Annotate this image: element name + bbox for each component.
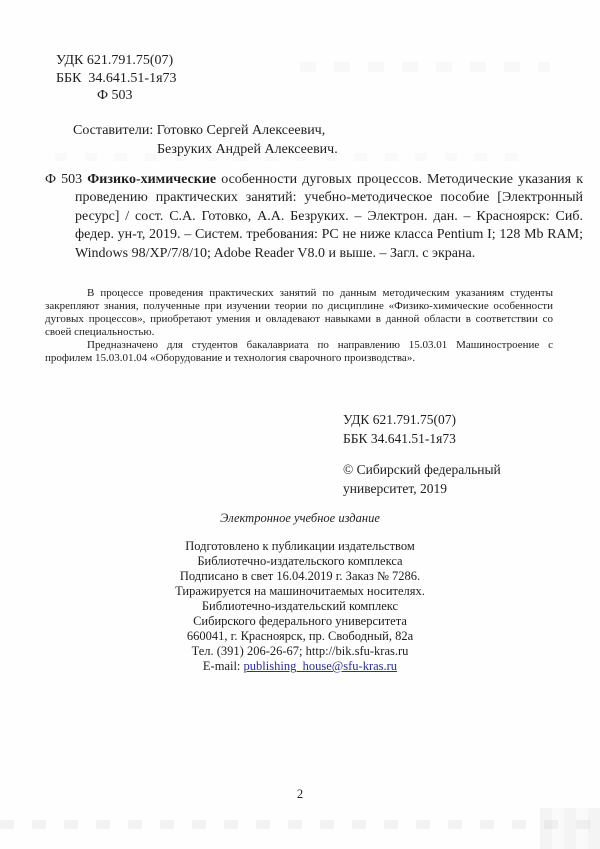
- compilers-line-2: Безруких Андрей Алексеевич.: [157, 141, 338, 160]
- copyright-notice: © Сибирский федеральный университет, 201…: [343, 461, 501, 498]
- author-sign-code: Ф 503: [97, 87, 177, 105]
- email-link[interactable]: publishing_house@sfu-kras.ru: [244, 659, 398, 673]
- copyright-line-2: университет, 2019: [343, 480, 501, 499]
- bbk-code: ББК 34.641.51-1я73: [56, 70, 177, 88]
- email-label: E-mail:: [203, 659, 244, 673]
- imprint-line: Библиотечно-издательский комплекс: [0, 599, 600, 614]
- abstract-block: В процессе проведения практических занят…: [45, 287, 553, 364]
- udc-code-right: УДК 621.791.75(07): [343, 411, 456, 430]
- page-number: 2: [0, 787, 600, 802]
- copyright-line-1: © Сибирский федеральный: [343, 461, 501, 480]
- imprint-line: Подготовлено к публикации издательством: [0, 539, 600, 554]
- imprint-email-line: E-mail: publishing_house@sfu-kras.ru: [0, 659, 600, 674]
- catalog-annotation: Ф 503 Физико-химические особенности дуго…: [45, 171, 583, 263]
- imprint-line: Тел. (391) 206-26-67; http://bik.sfu-kra…: [0, 644, 600, 659]
- annotation-label: Ф 503: [45, 172, 87, 187]
- bibliographic-codes-top: УДК 621.791.75(07) ББК 34.641.51-1я73 Ф …: [56, 52, 177, 105]
- abstract-paragraph-2: Предназначено для студентов бакалавриата…: [45, 339, 553, 365]
- imprint-block: Подготовлено к публикации издательством …: [0, 539, 600, 674]
- document-page: УДК 621.791.75(07) ББК 34.641.51-1я73 Ф …: [0, 0, 600, 849]
- scan-noise: [0, 820, 600, 829]
- compilers-block: Составители: Готовко Сергей Алексеевич, …: [73, 122, 338, 159]
- abstract-paragraph-1: В процессе проведения практических занят…: [45, 287, 553, 339]
- scan-noise: [300, 62, 550, 72]
- annotation-title-bold: Физико-химические: [87, 172, 216, 187]
- edition-type-label: Электронное учебное издание: [0, 511, 600, 526]
- udc-code: УДК 621.791.75(07): [56, 52, 177, 70]
- bibliographic-codes-right: УДК 621.791.75(07) ББК 34.641.51-1я73: [343, 411, 456, 448]
- compilers-line-1: Составители: Готовко Сергей Алексеевич,: [73, 122, 338, 141]
- bbk-code-right: ББК 34.641.51-1я73: [343, 430, 456, 449]
- imprint-line: Подписано в свет 16.04.2019 г. Заказ № 7…: [0, 569, 600, 584]
- imprint-line: Тиражируется на машиночитаемых носителях…: [0, 584, 600, 599]
- imprint-line: Сибирского федерального университета: [0, 614, 600, 629]
- imprint-line: Библиотечно-издательского комплекса: [0, 554, 600, 569]
- scan-noise: [540, 808, 600, 849]
- imprint-line: 660041, г. Красноярск, пр. Свободный, 82…: [0, 629, 600, 644]
